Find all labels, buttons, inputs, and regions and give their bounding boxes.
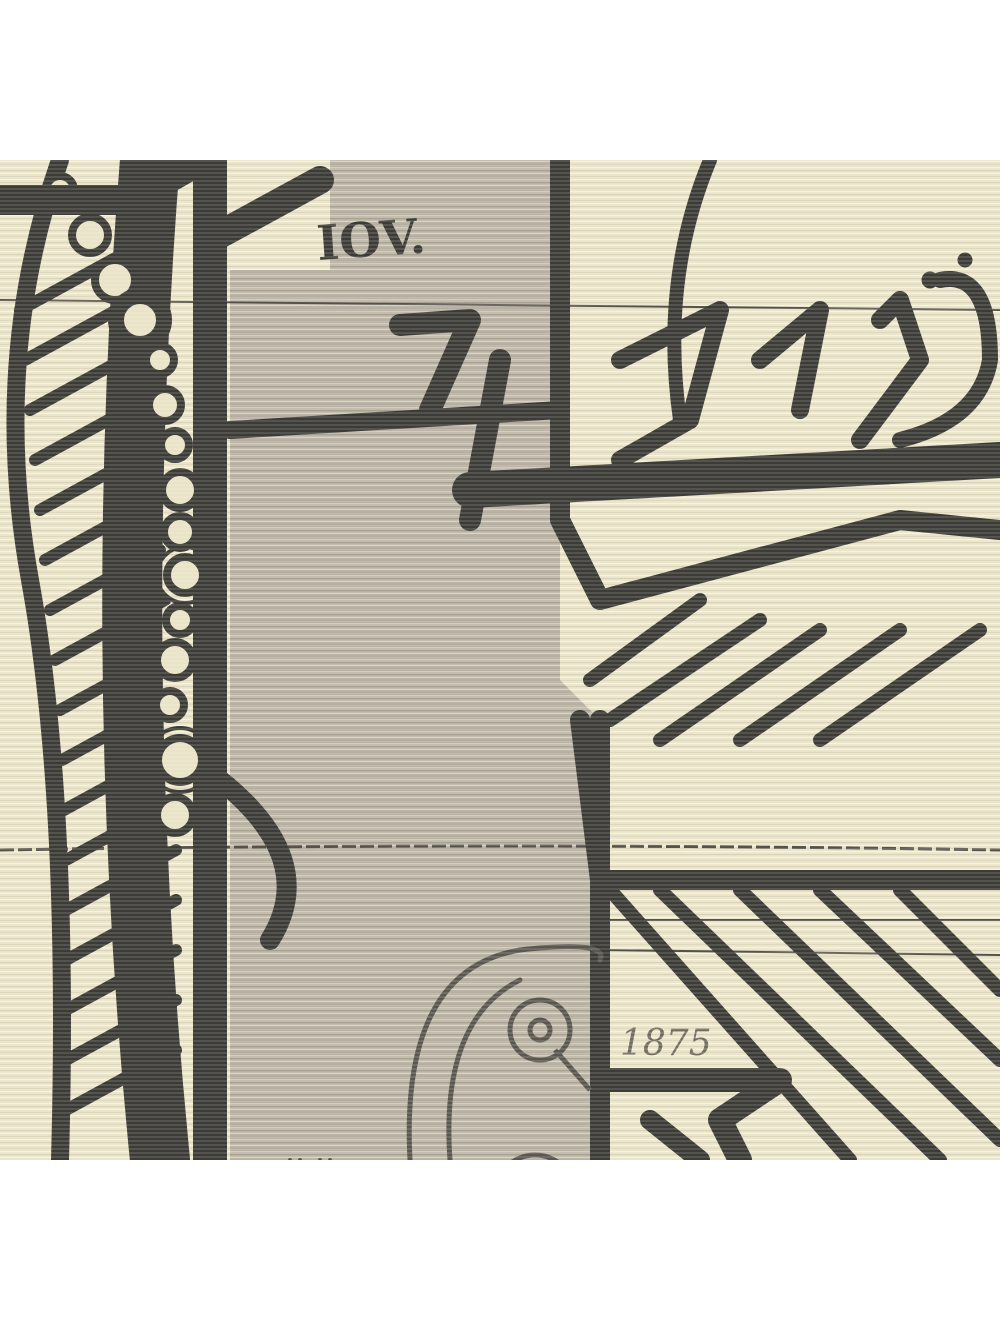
artwork-canvas: IOV. 1875 <box>0 160 1000 1160</box>
texture-overlay <box>0 160 1000 1160</box>
artwork-print: IOV. 1875 <box>0 160 1000 1160</box>
